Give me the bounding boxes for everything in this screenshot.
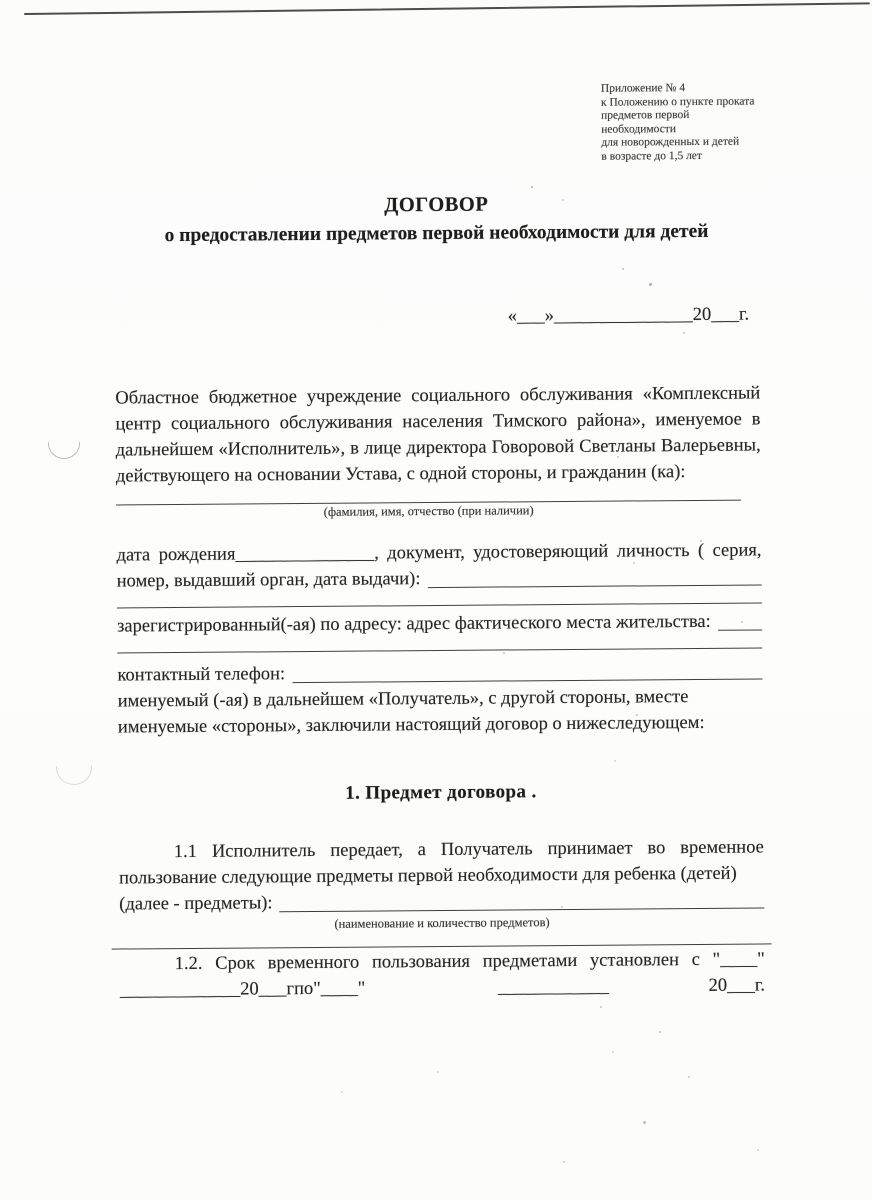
annex-line: в возрасте до 1,5 лет (601, 149, 758, 164)
annex-line: предметов первой необходимости (601, 108, 758, 136)
document-subtitle: о предоставлении предметов первой необхо… (114, 218, 759, 249)
birth-info-line2-label: номер, выдавший орган, дата выдачи): (117, 566, 421, 594)
birth-info-line2: номер, выдавший орган, дата выдачи): (117, 563, 762, 594)
clause-1-2-year-blank: 20___г. (708, 972, 765, 998)
intro-paragraph: Областное бюджетное учреждение социально… (115, 380, 761, 489)
scanned-page: Приложение № 4 к Положению о пункте прок… (0, 0, 872, 1200)
clause-1-2-mid-blank: ____________ (498, 974, 609, 1001)
annex-line: Приложение № 4 (601, 81, 758, 96)
registered-address-blank (718, 608, 762, 630)
annex-line: для новорожденных и детей (601, 135, 758, 150)
parties-paragraph: именуемый (-ая) в дальнейшем «Получатель… (118, 683, 763, 740)
phone-label: контактный телефон: (117, 661, 285, 688)
birth-info-blank (427, 563, 761, 588)
document-body: Приложение № 4 к Положению о пункте прок… (0, 0, 872, 1200)
blank-line (117, 647, 762, 653)
phone-blank (292, 657, 763, 683)
items-blank-label: (далее - предметы): (119, 890, 272, 917)
annex-note: Приложение № 4 к Положению о пункте прок… (601, 81, 759, 163)
clause-1-1-paragraph: 1.1 Исполнитель передает, а Получатель п… (119, 834, 764, 891)
clause-1-1-blank-line: (далее - предметы): (119, 886, 764, 917)
registered-address-line: зарегистрированный(-ая) по адресу: адрес… (117, 608, 762, 639)
date-blank-line: «___»_______________20___г. (508, 301, 760, 329)
section-1-heading: 1. Предмет договора . (118, 777, 763, 808)
blank-line (117, 602, 762, 608)
clause-1-2-line2: _____________20___гпо"____" ____________… (120, 972, 765, 1004)
items-caption: (наименование и количество предметов) (334, 913, 764, 931)
items-blank (279, 886, 764, 912)
clause-1-2-from-blank: _____________20___гпо"____" (120, 976, 366, 1004)
annex-line: к Положению о пункте проката (601, 95, 758, 110)
document-title: ДОГОВОР (114, 189, 759, 220)
registered-address-label: зарегистрированный(-ая) по адресу: адрес… (117, 609, 711, 640)
